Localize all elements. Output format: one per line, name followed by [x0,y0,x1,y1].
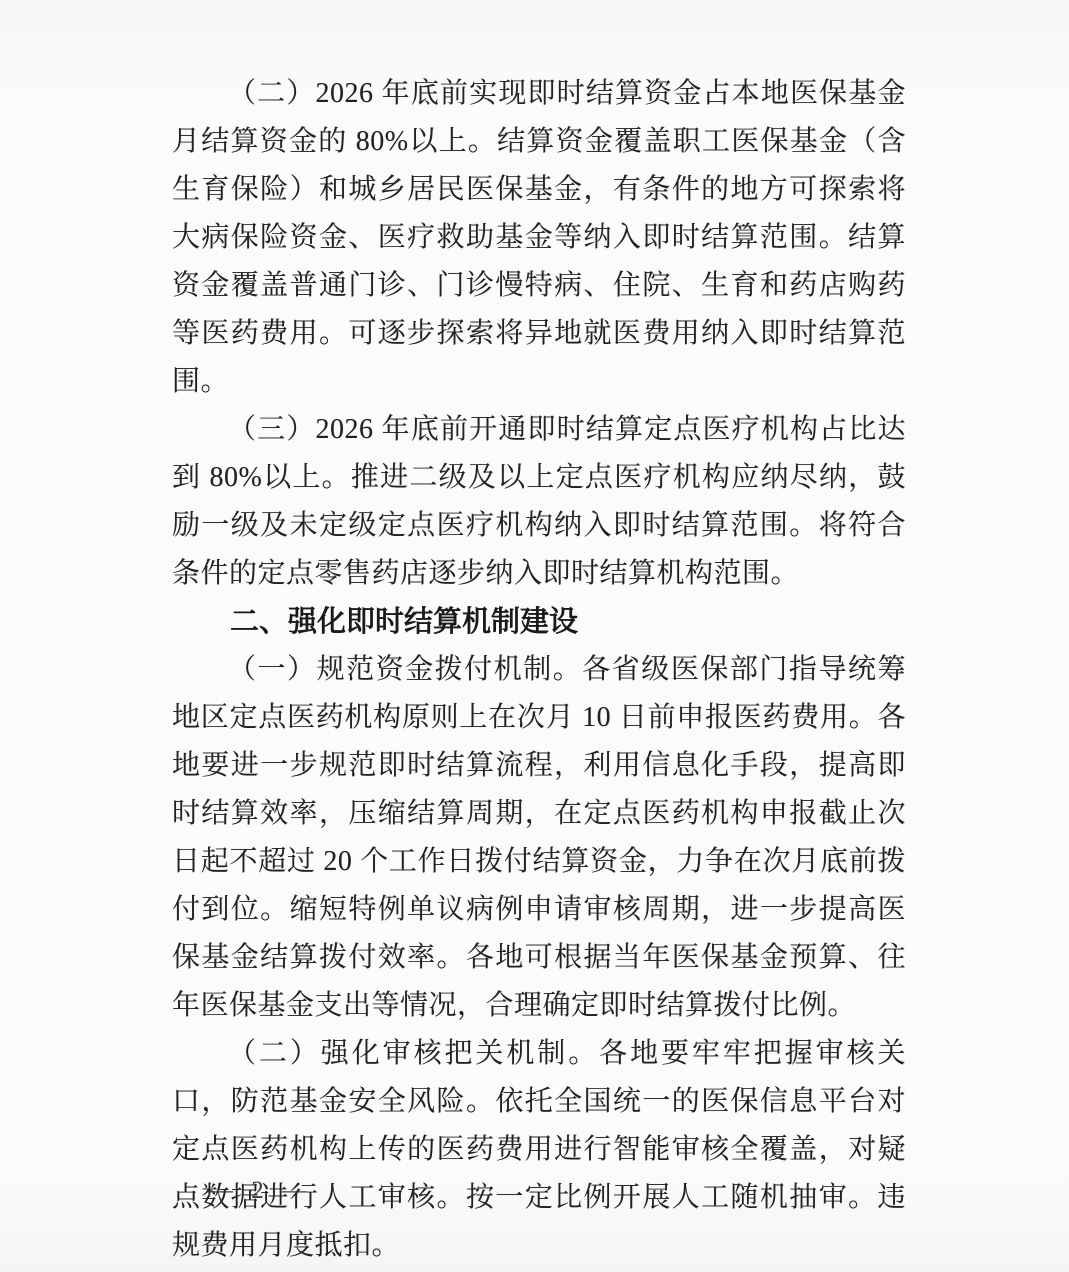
document-text-block: （二）2026 年底前实现即时结算资金占本地医保基金月结算资金的 80%以上。结… [172,70,906,1270]
document-page: （二）2026 年底前实现即时结算资金占本地医保基金月结算资金的 80%以上。结… [0,0,1069,1272]
paragraph-item-3-targets: （三）2026 年底前开通即时结算定点医疗机构占比达到 80%以上。推进二级及以… [172,406,906,598]
section-heading-2: 二、强化即时结算机制建设 [172,598,906,646]
paragraph-funding-allocation-mechanism: （一）规范资金拨付机制。各省级医保部门指导统筹地区定点医药机构原则上在次月 10… [172,646,906,1030]
page-number: — 2 — [208,1176,313,1206]
paragraph-audit-control-mechanism: （二）强化审核把关机制。各地要牢牢把握审核关口，防范基金安全风险。依托全国统一的… [172,1030,906,1270]
paragraph-item-2-targets: （二）2026 年底前实现即时结算资金占本地医保基金月结算资金的 80%以上。结… [172,70,906,406]
